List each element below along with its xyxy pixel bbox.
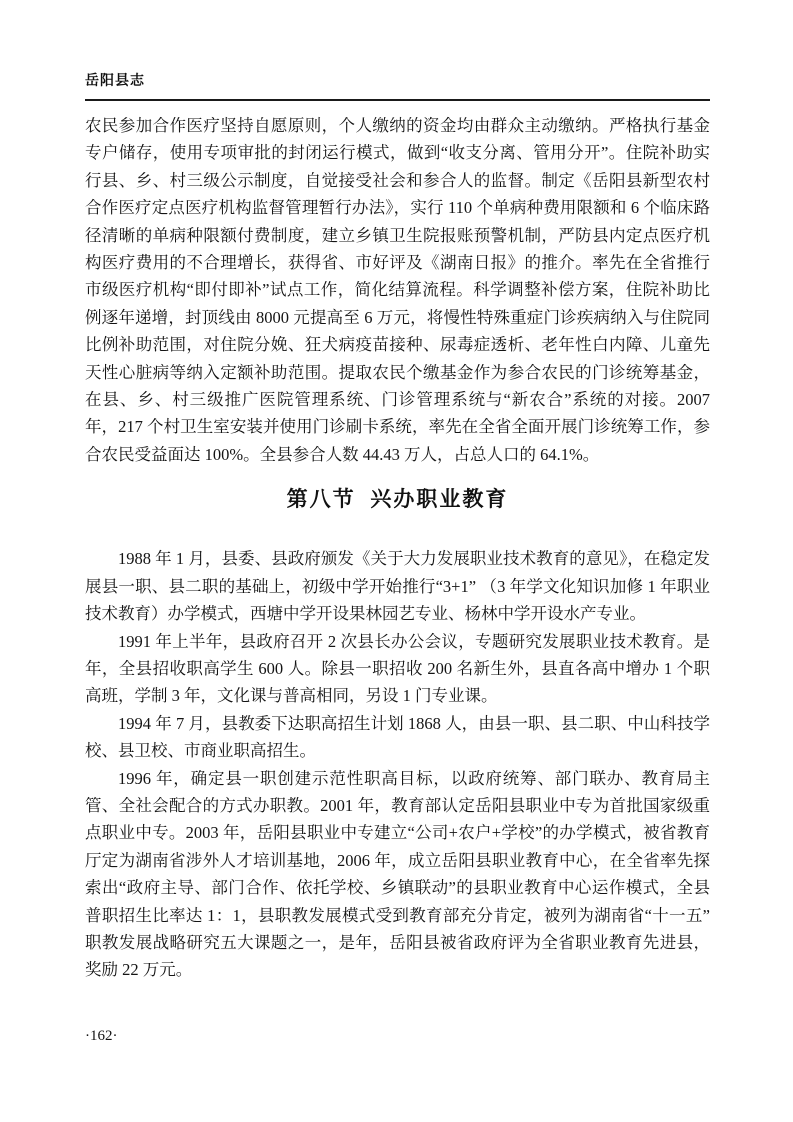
paragraph-1996: 1996 年，确定县一职创建示范性职高目标，以政府统筹、部门联办、教育局主管、全… xyxy=(85,765,710,984)
section-heading-number: 第八节 xyxy=(287,488,356,511)
page-number: ·162· xyxy=(85,1028,118,1045)
continuation-paragraph: 农民参加合作医疗坚持自愿原则，个人缴纳的资金均由群众主动缴纳。严格执行基金专户储… xyxy=(85,112,710,468)
page-body: 农民参加合作医疗坚持自愿原则，个人缴纳的资金均由群众主动缴纳。严格执行基金专户储… xyxy=(85,112,710,984)
running-head-book-title: 岳阳县志 xyxy=(85,70,710,90)
section-heading: 第八节兴办职业教育 xyxy=(85,484,710,516)
book-page: 岳阳县志 农民参加合作医疗坚持自愿原则，个人缴纳的资金均由群众主动缴纳。严格执行… xyxy=(0,0,793,1122)
paragraph-1991: 1991 年上半年，县政府召开 2 次县长办公会议，专题研究发展职业技术教育。是… xyxy=(85,628,710,710)
section-heading-title: 兴办职业教育 xyxy=(370,488,508,511)
paragraph-1988: 1988 年 1 月，县委、县政府颁发《关于大力发展职业技术教育的意见》，在稳定… xyxy=(85,545,710,627)
header-rule xyxy=(85,99,710,101)
paragraph-1994: 1994 年 7 月，县教委下达职高招生计划 1868 人，由县一职、县二职、中… xyxy=(85,710,710,765)
